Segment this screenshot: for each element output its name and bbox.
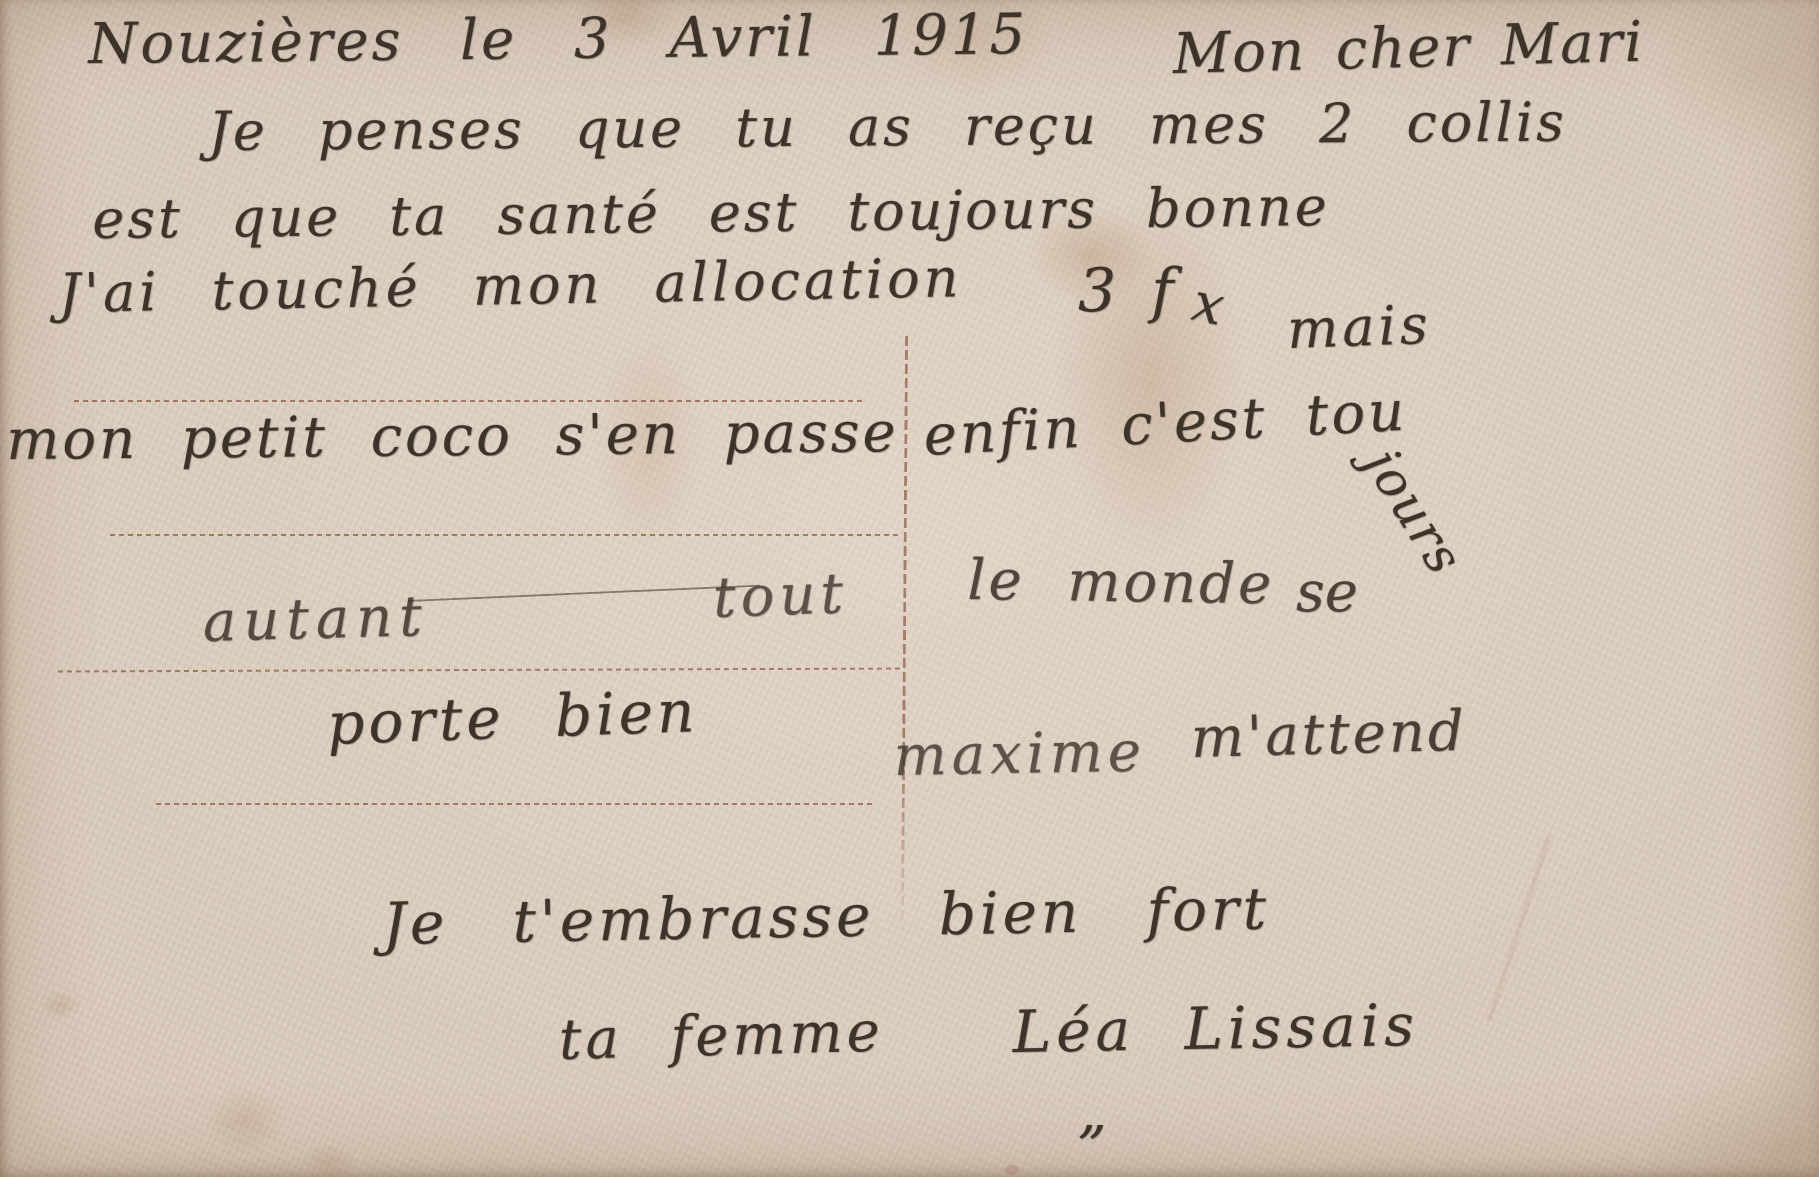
handwriting-signature-name: Léa Lissais [1012, 991, 1419, 1066]
handwriting-closing: Je t'embrasse bien fort [382, 875, 1271, 958]
handwriting-m-attend: m'attend [1190, 699, 1468, 771]
handwriting-tout: tout [712, 561, 849, 631]
handwriting-salutation: Mon cher Mari [1172, 10, 1645, 87]
handwriting-allocation-amount: 3 f [1078, 256, 1181, 326]
handwriting-autant: autant [202, 584, 430, 655]
postcard-page: Nouzières le 3 Avril 1915 Mon cher Mari … [0, 0, 1819, 1177]
handwriting-line-4: J'ai touché mon allocation [58, 246, 963, 325]
handwriting-le-monde: le monde [967, 548, 1275, 617]
handwriting-mais: mais [1286, 293, 1433, 361]
handwriting-porte-bien: porte bien [326, 677, 699, 758]
handwriting-maxime: maxime [893, 720, 1146, 789]
center-divider-line [901, 336, 908, 932]
paper-crease [1488, 835, 1551, 1021]
paper-stain [1005, 1165, 1019, 1175]
address-ruled-line-2 [110, 534, 900, 536]
handwriting-line-5b: enfin c'est tou [922, 379, 1409, 469]
handwriting-amount-flourish: x [1187, 270, 1230, 338]
handwriting-line-3: est que ta santé est toujours bonne [92, 175, 1330, 251]
address-ruled-line-3 [58, 668, 904, 673]
handwriting-toujours-wrap: jours [1353, 438, 1475, 585]
handwriting-signature-marks: „ [1078, 1080, 1107, 1145]
handwriting-ta-femme: ta femme [558, 999, 884, 1072]
handwriting-se: se [1296, 560, 1358, 625]
handwriting-dateline: Nouzières le 3 Avril 1915 [88, 2, 1028, 77]
pen-flourish-stroke [408, 585, 760, 616]
handwriting-line-5: mon petit coco s'en passe [6, 400, 899, 473]
handwriting-line-2: Je penses que tu as reçu mes 2 collis [208, 91, 1567, 163]
address-ruled-line-4 [156, 803, 872, 805]
